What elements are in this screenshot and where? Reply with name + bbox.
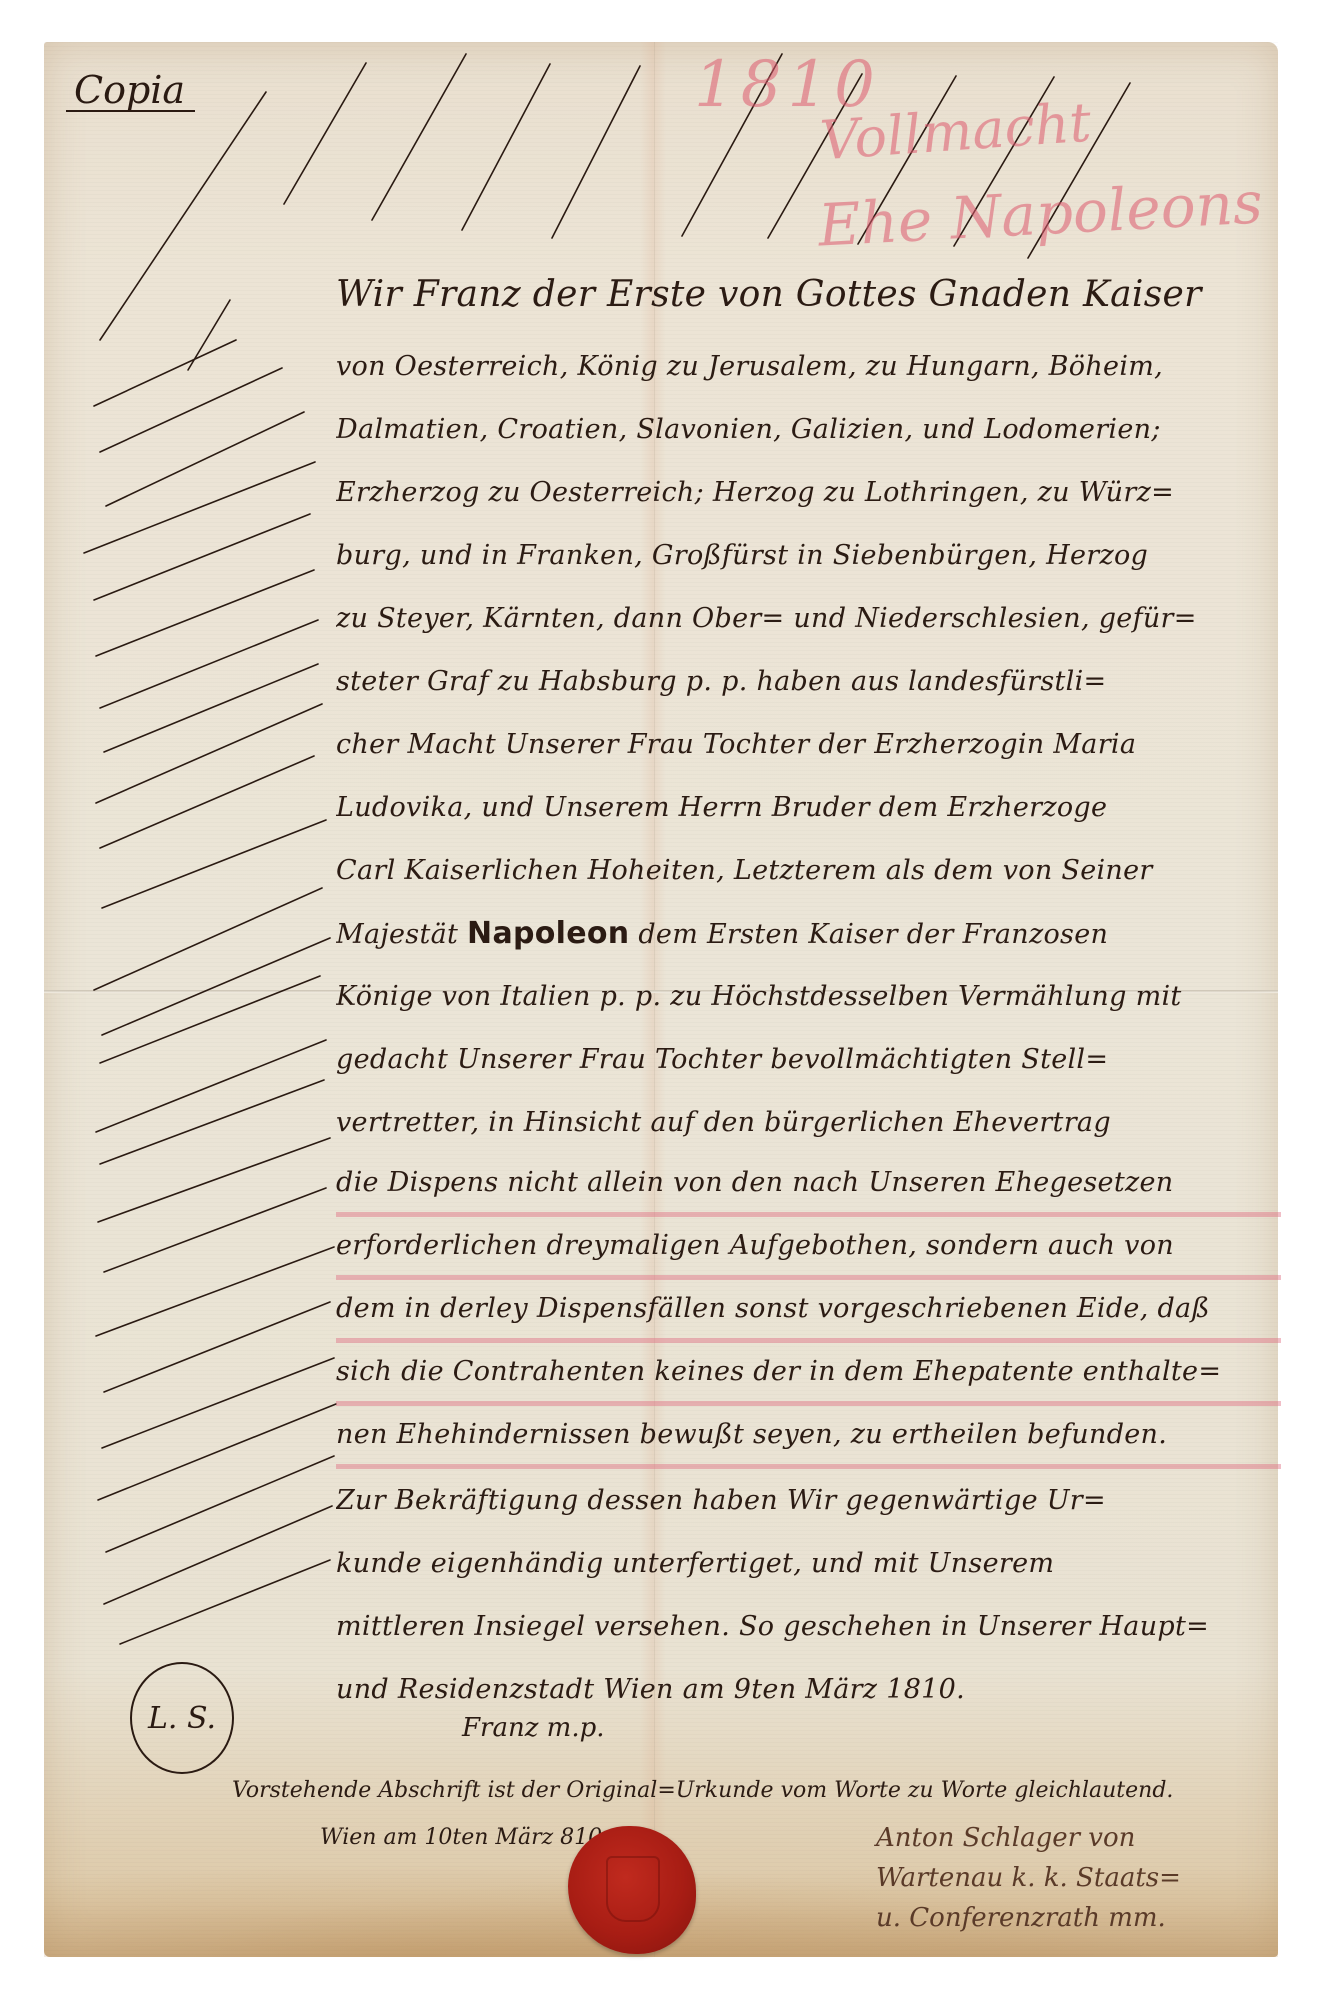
decree-line: dem in derley Dispensfällen sonst vorges… (336, 1280, 1281, 1343)
decree-line: kunde eigenhändig unterfertiget, und mit… (336, 1532, 1281, 1595)
decree-line-text: Majestät (336, 919, 467, 950)
locus-sigilli-circle: L. S. (130, 1662, 234, 1774)
decree-line: Dalmatien, Croatien, Slavonien, Galizien… (336, 398, 1281, 461)
decree-line-text: dem Ersten Kaiser der Franzosen (629, 919, 1108, 950)
decree-line: Zur Bekräftigung dessen haben Wir gegenw… (336, 1469, 1281, 1532)
decree-line: steter Graf zu Habsburg p. p. haben aus … (336, 650, 1281, 713)
decree-line: von Oesterreich, König zu Jerusalem, zu … (336, 335, 1281, 398)
decree-line: die Dispens nicht allein von den nach Un… (336, 1154, 1281, 1217)
decree-line: Könige von Italien p. p. zu Höchstdessel… (336, 965, 1281, 1028)
decree-line: Majestät Napoleon dem Ersten Kaiser der … (336, 902, 1281, 965)
decree-line: Erzherzog zu Oesterreich; Herzog zu Loth… (336, 461, 1281, 524)
attestation-date: Wien am 10ten März 810. (320, 1825, 609, 1850)
napoleon-name: Napoleon (467, 916, 629, 951)
decree-line: gedacht Unserer Frau Tochter bevollmächt… (336, 1028, 1281, 1091)
decree-line: und Residenzstadt Wien am 9ten März 1810… (336, 1658, 1281, 1721)
decree-line: cher Macht Unserer Frau Tochter der Erzh… (336, 713, 1281, 776)
decree-line: Ludovika, und Unserem Herrn Bruder dem E… (336, 776, 1281, 839)
countersignature-line: Wartenau k. k. Staats= (876, 1858, 1181, 1898)
decree-line: nen Ehehindernissen bewußt seyen, zu ert… (336, 1406, 1281, 1469)
decree-line: burg, und in Franken, Großfürst in Siebe… (336, 524, 1281, 587)
copia-label: Copia (66, 70, 195, 112)
countersignature-line: u. Conferenzrath mm. (876, 1898, 1181, 1938)
decree-line: erforderlichen dreymaligen Aufgebothen, … (336, 1217, 1281, 1280)
countersignature-line: Anton Schlager von (876, 1818, 1181, 1858)
emperor-signature: Franz m.p. (462, 1713, 605, 1743)
decree-line: zu Steyer, Kärnten, dann Ober= und Niede… (336, 587, 1281, 650)
decree-line: Carl Kaiserlichen Hoheiten, Letzterem al… (336, 839, 1281, 902)
attestation-text: Vorstehende Abschrift ist der Original=U… (232, 1778, 1173, 1803)
decree-line: Wir Franz der Erste von Gottes Gnaden Ka… (336, 255, 1281, 335)
decree-line: sich die Contrahenten keines der in dem … (336, 1343, 1281, 1406)
decree-line: mittleren Insiegel versehen. So geschehe… (336, 1595, 1281, 1658)
decree-body: Wir Franz der Erste von Gottes Gnaden Ka… (336, 255, 1281, 1721)
countersignature: Anton Schlager von Wartenau k. k. Staats… (876, 1818, 1181, 1938)
decree-line: vertretter, in Hinsicht auf den bürgerli… (336, 1091, 1281, 1154)
